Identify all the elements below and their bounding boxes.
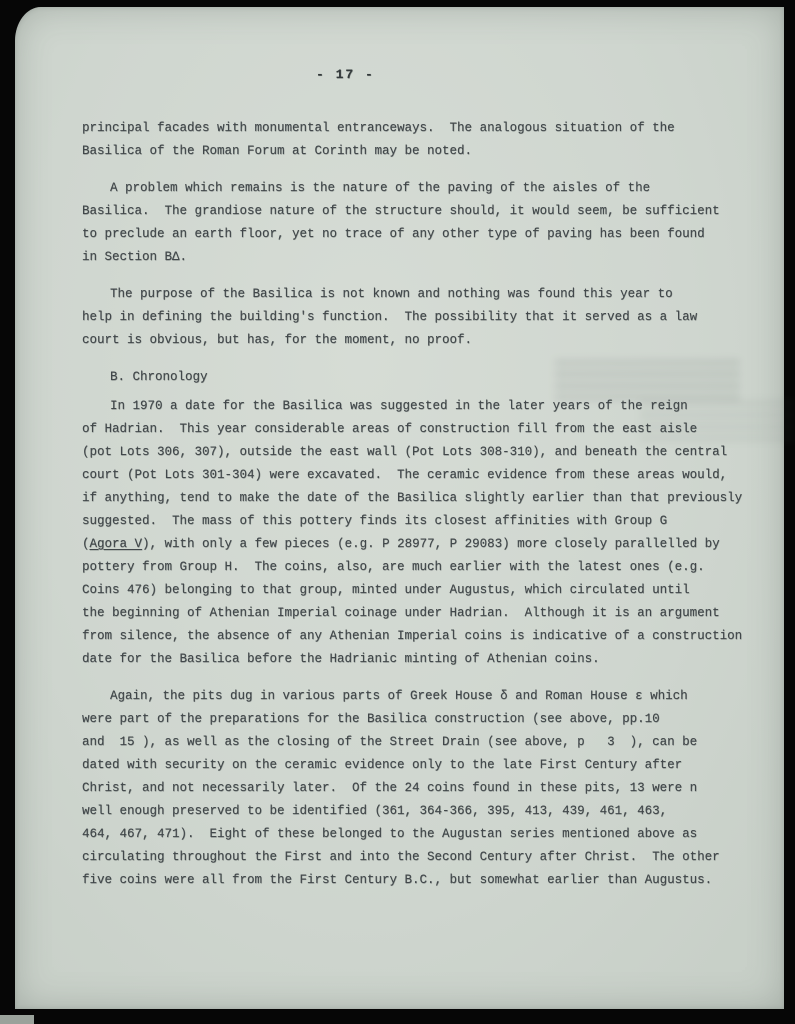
text-line: from silence, the absence of any Athenia… [82,625,782,648]
text-line: well enough preserved to be identified (… [82,800,782,823]
text-line: to preclude an earth floor, yet no trace… [82,223,782,246]
text-line: circulating throughout the First and int… [82,846,782,869]
text-line: dated with security on the ceramic evide… [82,754,782,777]
text-line: Again, the pits dug in various parts of … [82,685,782,708]
text-line: and 15 ), as well as the closing of the … [82,731,782,754]
text-line: Christ, and not necessarily later. Of th… [82,777,782,800]
underlined-citation: Agora V [90,537,143,551]
text-line: In 1970 a date for the Basilica was sugg… [82,395,782,418]
paragraph-dating-evidence: In 1970 a date for the Basilica was sugg… [82,395,782,671]
paragraph-facades: principal facades with monumental entran… [82,117,782,163]
text-line: were part of the preparations for the Ba… [82,708,782,731]
text-line: date for the Basilica before the Hadrian… [82,648,782,671]
scan-background: - 17 - principal facades with monumental… [0,0,795,1024]
text-fragment: ( [82,537,90,551]
text-line: A problem which remains is the nature of… [82,177,782,200]
text-line: if anything, tend to make the date of th… [82,487,782,510]
text-line: of Hadrian. This year considerable areas… [82,418,782,441]
text-line: principal facades with monumental entran… [82,117,782,140]
text-line: court (Pot Lots 301-304) were excavated.… [82,464,782,487]
paragraph-paving: A problem which remains is the nature of… [82,177,782,269]
text-line: pottery from Group H. The coins, also, a… [82,556,782,579]
section-heading-chronology: B. Chronology [82,366,782,389]
text-line: The purpose of the Basilica is not known… [82,283,782,306]
paragraph-pits-coins: Again, the pits dug in various parts of … [82,685,782,892]
document-page: - 17 - principal facades with monumental… [15,7,784,1009]
text-line-agora-citation: (Agora V), with only a few pieces (e.g. … [82,533,782,556]
text-line: the beginning of Athenian Imperial coina… [82,602,782,625]
text-line: 464, 467, 471). Eight of these belonged … [82,823,782,846]
text-line: Basilica. The grandiose nature of the st… [82,200,782,223]
paragraph-purpose: The purpose of the Basilica is not known… [82,283,782,352]
text-line: suggested. The mass of this pottery find… [82,510,782,533]
text-line: Coins 476) belonging to that group, mint… [82,579,782,602]
section-heading-text: B. Chronology [82,366,782,389]
scan-corner-artifact [0,1015,34,1024]
document-body: principal facades with monumental entran… [82,117,782,906]
text-line: five coins were all from the First Centu… [82,869,782,892]
text-line: court is obvious, but has, for the momen… [82,329,782,352]
text-fragment: ), with only a few pieces (e.g. P 28977,… [142,537,720,551]
text-line: (pot Lots 306, 307), outside the east wa… [82,441,782,464]
page-number: - 17 - [316,63,375,86]
text-line: Basilica of the Roman Forum at Corinth m… [82,140,782,163]
text-line: in Section ΒΔ. [82,246,782,269]
text-line: help in defining the building's function… [82,306,782,329]
